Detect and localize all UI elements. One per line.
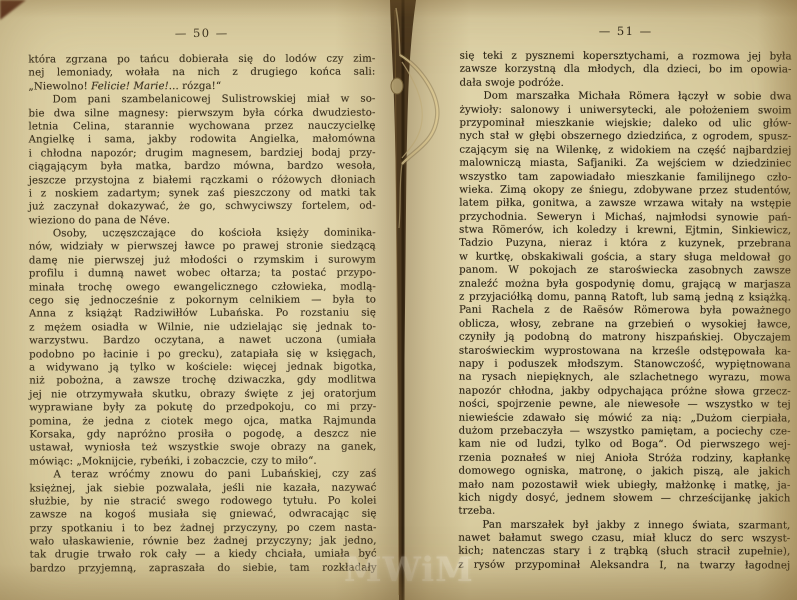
text-line: wieka. Zimą okopy ze śniegu, zdobywane p… xyxy=(459,183,791,197)
text-line: nych stał w głębi obszernego dziedzińca,… xyxy=(459,130,791,144)
text-line: mało nam pozostawił wiek ubiegły, małżon… xyxy=(458,478,790,492)
text-line: z mężem osiadła w Wilnie, nie udzielając… xyxy=(29,320,376,334)
page-number: — 51 — xyxy=(460,24,792,39)
text-line: przy spotkaniu i to bez żadnej przyczyny… xyxy=(30,521,377,535)
text-line: Dom marszałka Michała Römera łączył w so… xyxy=(460,90,792,104)
text-line: z rysów przypominał Aleksandra I, na twa… xyxy=(458,558,790,572)
text-line: dała swoje podróże. xyxy=(460,76,792,90)
text-line: Angielkę i sama, jakby rodowita Angielka… xyxy=(29,133,376,147)
text-line: malowniczą miasta, Safjaniki. Za wejście… xyxy=(459,157,791,171)
page-text: się teki z pysznemi kopersztychami, a ro… xyxy=(458,50,791,573)
text-line: minała trochę owego ewangelicznego człow… xyxy=(29,280,376,294)
text-line: jej nie otrzymywała skutku, obrazy święt… xyxy=(29,387,376,401)
text-line: A teraz wróćmy znowu do pani Lubańskiej,… xyxy=(29,468,376,482)
text-line: Pani Rachela z de Raësów Römerowa była p… xyxy=(459,304,791,318)
text-line: kam nie od ludzi, tylko od Boga“. Od pie… xyxy=(459,438,791,452)
text-line: a widywano ją tylko w kościele: więcej j… xyxy=(29,361,376,375)
text-line: latem piłka, gonitwa, a zawsze wrzawa wi… xyxy=(459,197,791,211)
text-line: ności, spojrzenie pewne, ale niewesołe —… xyxy=(459,398,791,412)
text-line: i chłodna napozór; drugim magnesem, bard… xyxy=(29,146,376,160)
text-line: napy i poduszek młodszym. Stanowczość, w… xyxy=(459,358,791,372)
page-51: — 51 — się teki z pysznemi kopersztycham… xyxy=(458,24,791,573)
scan-corner-shadow xyxy=(0,0,26,20)
text-line: tak drugie trwało rok cały — a kiedy chc… xyxy=(30,548,377,562)
text-line: ciągającym była matka, bardzo mówna, bar… xyxy=(29,160,376,174)
text-line: napozór chłodna, jakby odpychająca próżn… xyxy=(459,384,791,398)
text-line: stwa Römerów, ich koledzy i krewni, Ejtm… xyxy=(459,224,791,238)
text-line: nów, widziały w pierwszej ławce po prawe… xyxy=(29,240,376,254)
text-line: znaleźć można była gospodynię domu, graj… xyxy=(459,277,791,291)
text-line: księżnej, jak siebie pozwalała, jeśli ni… xyxy=(29,481,376,495)
text-line: się teki z pysznemi kopersztychami, a ro… xyxy=(460,50,792,64)
text-line: bie dwa silne magnesy: pierwszym była có… xyxy=(28,106,375,120)
text-line: i z noskiem zadartym; synek zaś pieszczo… xyxy=(29,186,376,200)
text-line: z przyjaciółką domu, panną Ratoft, lub s… xyxy=(459,291,791,305)
text-line: profilu i dumną nawet wobec ołtarza; ta … xyxy=(29,267,376,281)
text-line: przychodnia. Seweryn i Michaś, najmłodsi… xyxy=(459,210,791,224)
text-line: niż pobożna, a zawsze trochę dziwaczka, … xyxy=(29,374,376,388)
text-line: kich nigdy dosyć, jednem słowem — chrześ… xyxy=(458,491,790,505)
text-line: Tadzio Puzyna, nieraz i która z kuzynek,… xyxy=(459,237,791,251)
book-binding xyxy=(366,0,442,600)
text-line: Korsaka, gdy napróżno prosiła o pogodę, … xyxy=(29,427,376,441)
text-line: rzenia poznałeś w niej Anioła Stróża rod… xyxy=(459,451,791,465)
text-line: zawsze korzystną dla młodych, dla dzieci… xyxy=(460,63,792,77)
text-line: cego się jednocześnie z pokornym celniki… xyxy=(29,294,376,308)
text-line: dużom przebaczyła — wszystko pamiętam, a… xyxy=(459,425,791,439)
thread-knot xyxy=(391,78,403,94)
book-scan: — 50 — która zgrzana po tańcu dobierała … xyxy=(0,0,797,600)
text-line: czającym się na Wilenkę, z widokiem na c… xyxy=(459,143,791,157)
text-line: Dom pani szambelanicowej Sulistrowskiej … xyxy=(28,93,375,107)
text-line: podobno po łacinie i po grecku), zatapia… xyxy=(29,347,376,361)
text-line: pomina, że jedna z ciotek mego ojca, mat… xyxy=(29,414,376,428)
text-line: Anna z książąt Radziwiłłów Lubańska. Po … xyxy=(29,307,376,321)
text-line: jeszcze przystojna z białemi rączkami o … xyxy=(29,173,376,187)
text-line: Pan marszałek był jakby z innego świata,… xyxy=(458,518,790,532)
text-line: oblicza, włosy, zebrane na grzebień o wy… xyxy=(459,317,791,331)
binding-core-shadow xyxy=(403,0,404,600)
text-line: „Niewolno! Felicie! Marie!... rózga!“ xyxy=(28,79,375,93)
text-line: niewieście zdawało się mówić za nią: „Du… xyxy=(459,411,791,425)
page-50: — 50 — która zgrzana po tańcu dobierała … xyxy=(28,26,376,576)
text-line: ustawał, wyniosła też wszystkie swoje ob… xyxy=(29,441,376,455)
text-line: kich; natenczas stary i z trąbką (słuch … xyxy=(458,545,790,559)
text-line: wszystko tam zapowiadało mieszkanie fami… xyxy=(459,170,791,184)
text-line: wyprawiane były za pokutę do przedpokoju… xyxy=(29,401,376,415)
text-line: domowego ogniska, matronę, o jakich pisz… xyxy=(459,465,791,479)
text-line: przypominał mieszkanie wiejskie; daleko … xyxy=(459,117,791,131)
text-line: panom. W pokojach ze staroświecka zasobn… xyxy=(459,264,791,278)
text-line: warzystwu. Bardzo oczytana, a nawet uczo… xyxy=(29,334,376,348)
text-line: wieziono do pana de Néve. xyxy=(29,213,376,227)
text-line: zawsze na kogoś musiała się gniewać, odw… xyxy=(30,508,377,522)
text-line: czyniły ją podobną do matrony hiszpański… xyxy=(459,331,791,345)
text-line: bardzo przyjemną, zapraszała do siebie, … xyxy=(30,561,377,575)
text-line: trzeba. xyxy=(458,505,790,519)
text-line: w kurtkę, obskakiwali gościa, a stary sł… xyxy=(459,250,791,264)
page-number: — 50 — xyxy=(28,26,375,41)
text-line: letnia Celina, starannie wychowana przez… xyxy=(29,119,376,133)
text-line: żywioły: salonowy i uniwersytecki, ale p… xyxy=(459,103,791,117)
text-line: już zaczynał dokazywać, że go, schwyciws… xyxy=(29,200,376,214)
text-line: damę nie pierwszej już młodości o rzymsk… xyxy=(29,253,376,267)
text-line: na rysach niepięknych, ale szlachetnego … xyxy=(459,371,791,385)
text-line: staroświeckim wyprostowana na krześle od… xyxy=(459,344,791,358)
page-text: która zgrzana po tańcu dobierała się do … xyxy=(28,53,376,576)
text-line: mówiąc: „Moknijcie, rybeńki, i zobaczcie… xyxy=(29,454,376,468)
text-line: która zgrzana po tańcu dobierała się do … xyxy=(28,53,375,67)
text-line: służbie, by nie stracić swego rodowego t… xyxy=(30,494,377,508)
text-line: Osoby, uczęszczające do kościoła księży … xyxy=(29,227,376,241)
text-line: nej lemoniady, wołała na nich z drugiego… xyxy=(28,66,375,80)
text-line: nawet bałamut swego czasu, miał klucz do… xyxy=(458,532,790,546)
text-line: wało ułaskawienie, równie bez żadnej prz… xyxy=(30,535,377,549)
